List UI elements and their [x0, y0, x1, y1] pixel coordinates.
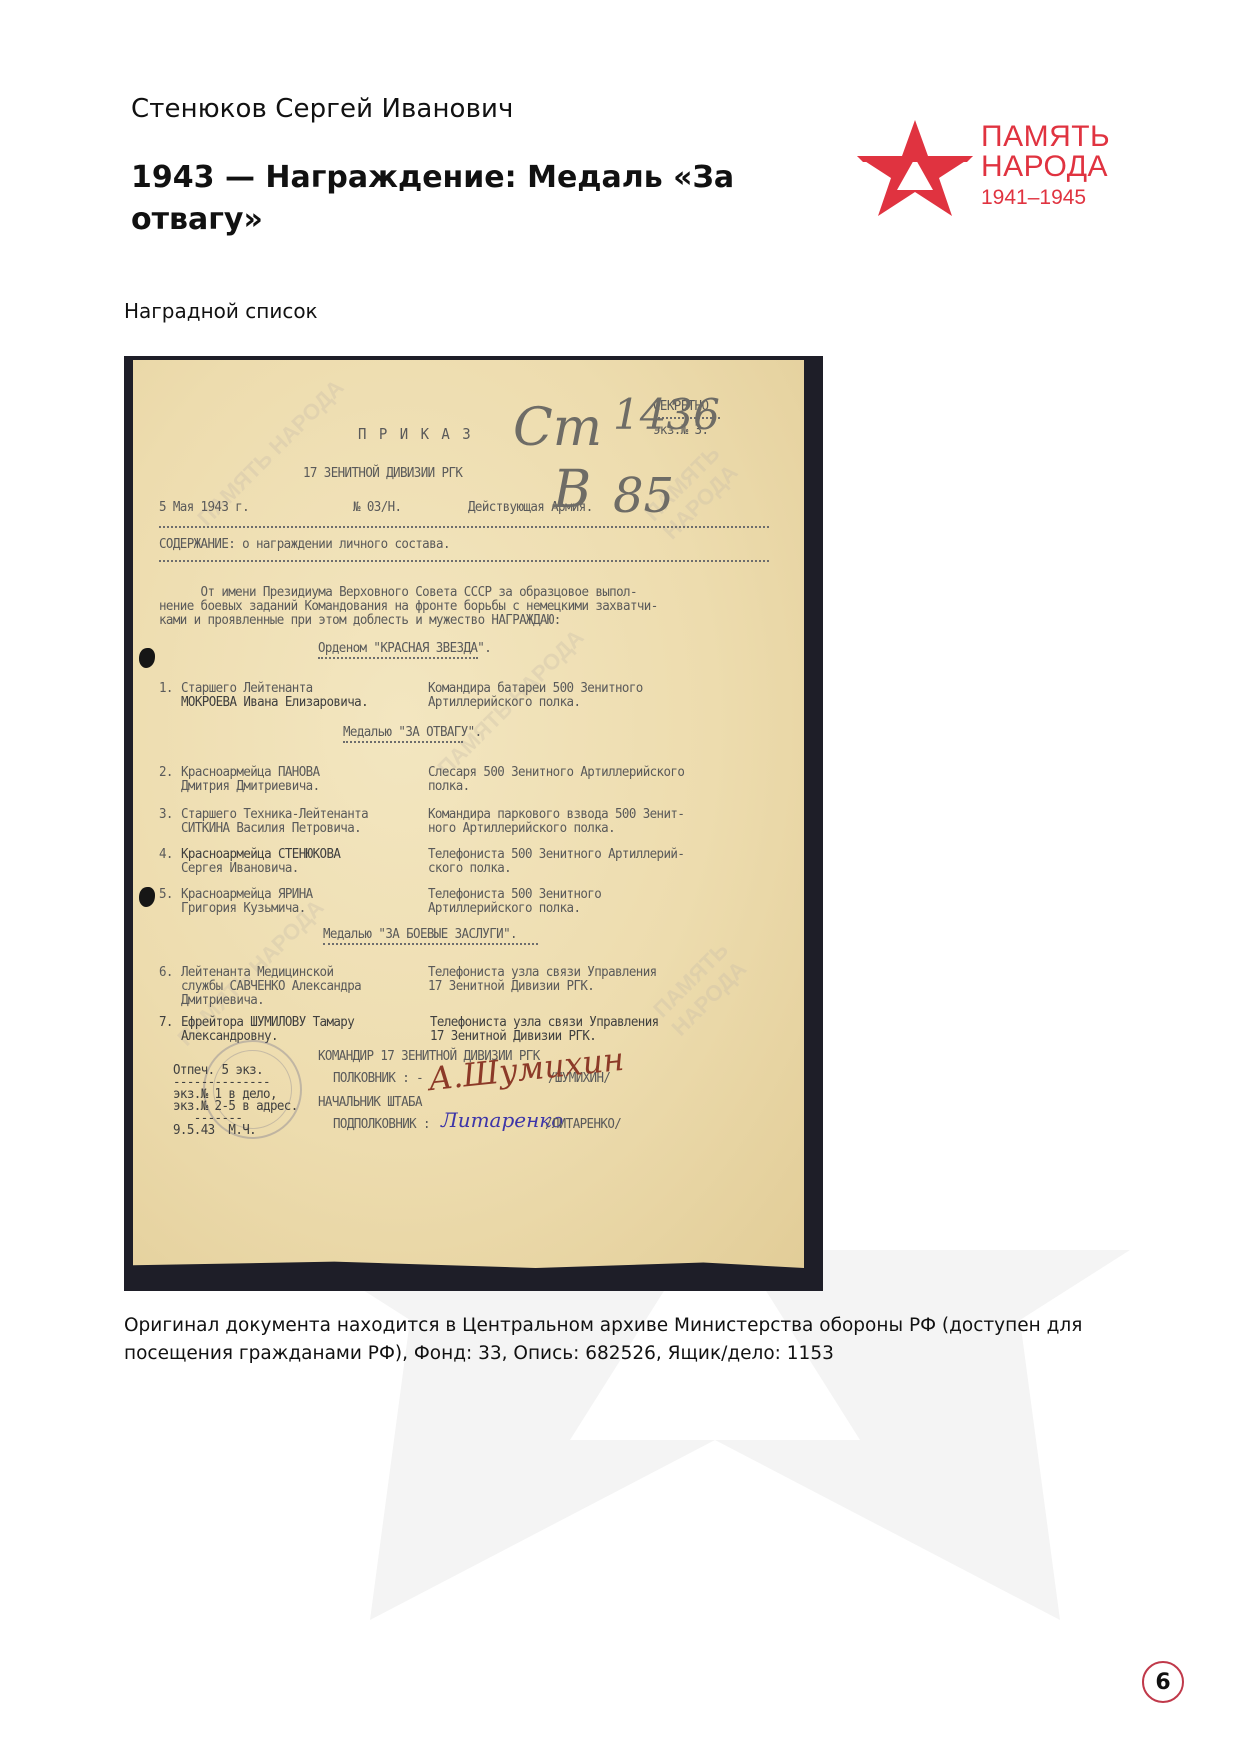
scan-entry-name: МОКРОЕВА Ивана Елизаровича. — [181, 694, 368, 710]
scan-entry-position: полка. — [428, 778, 470, 794]
punch-hole — [139, 648, 155, 668]
logo-text: ПАМЯТЬ НАРОДА 1941–1945 — [981, 122, 1110, 212]
scan-entry-name: Сергея Ивановича. — [181, 860, 299, 876]
scan-preamble-line: ками и проявленные при этом доблесть и м… — [159, 612, 561, 628]
scan-watermark: ПАМЯТЬ НАРОДА — [648, 891, 799, 1042]
handwritten-mark: 1436 — [613, 390, 720, 439]
scan-divider — [323, 943, 538, 945]
logo-line-1: ПАМЯТЬ — [981, 122, 1110, 152]
scan-entry-number: 6. — [159, 964, 173, 980]
chief-of-staff-title: НАЧАЛЬНИК ШТАБА — [318, 1094, 422, 1110]
scan-order-number: № 03/Н. — [353, 499, 401, 515]
handwritten-mark: 85 — [613, 468, 674, 524]
punch-hole — [139, 887, 155, 907]
scan-entry-number: 5. — [159, 886, 173, 902]
document-scan-image[interactable]: ПАМЯТЬ НАРОДА ПАМЯТЬ НАРОДА ПАМЯТЬ НАРОД… — [124, 356, 823, 1291]
logo-line-2: НАРОДА — [981, 152, 1110, 182]
scan-entry-position: 17 Зенитной Дивизии РГК. — [430, 1028, 596, 1044]
scan-entry-position: ного Артиллерийского полка. — [428, 820, 615, 836]
scan-divider — [318, 657, 478, 659]
scan-unit: 17 ЗЕНИТНОЙ ДИВИЗИИ РГК — [303, 465, 462, 481]
page-number: 6 — [1155, 1670, 1170, 1695]
scan-paper: ПАМЯТЬ НАРОДА ПАМЯТЬ НАРОДА ПАМЯТЬ НАРОД… — [133, 360, 804, 1268]
chief-of-staff-name: /ЛИТАРЕНКО/ — [545, 1116, 621, 1132]
scan-divider — [159, 526, 769, 528]
scan-award-heading: Медалью "ЗА БОЕВЫЕ ЗАСЛУГИ". — [323, 926, 517, 942]
scan-entry-name: Дмитрия Дмитриевича. — [181, 778, 320, 794]
scan-entry-number: 2. — [159, 764, 173, 780]
pamyat-naroda-logo: ПАМЯТЬ НАРОДА 1941–1945 — [855, 118, 1125, 218]
commander-rank: ПОЛКОВНИК : - — [333, 1070, 423, 1086]
scan-entry-number: 4. — [159, 846, 173, 862]
scan-entry-position: ского полка. — [428, 860, 511, 876]
scan-footer-line: 9.5.43 М.Ч. — [173, 1122, 256, 1138]
scan-entry-position: 17 Зенитной Дивизии РГК. — [428, 978, 594, 994]
page-number-badge: 6 — [1142, 1661, 1184, 1703]
document-type-label: Наградной список — [124, 299, 318, 323]
person-name: Стенюков Сергей Иванович — [131, 94, 513, 124]
scan-title: П Р И К А З — [358, 428, 473, 444]
red-star-icon — [855, 118, 975, 218]
scan-entry-number: 3. — [159, 806, 173, 822]
scan-divider — [159, 560, 769, 562]
scan-entry-position: Артиллерийского полка. — [428, 694, 580, 710]
scan-entry-number: 7. — [159, 1014, 173, 1030]
scan-award-heading: Орденом "КРАСНАЯ ЗВЕЗДА". — [318, 640, 491, 656]
handwritten-mark: Ст — [513, 398, 602, 458]
record-title: 1943 — Награждение: Медаль «За отвагу» — [131, 157, 791, 241]
scan-entry-position: Артиллерийского полка. — [428, 900, 580, 916]
archive-note: Оригинал документа находится в Центральн… — [124, 1312, 1124, 1368]
scan-date: 5 Мая 1943 г. — [159, 499, 249, 515]
scan-entry-name: Дмитриевича. — [181, 992, 264, 1008]
scan-entry-name: СИТКИНА Василия Петровича. — [181, 820, 361, 836]
logo-years: 1941–1945 — [981, 184, 1110, 212]
scan-award-heading: Медалью "ЗА ОТВАГУ". — [343, 724, 482, 740]
scan-entry-name: Григория Кузьмича. — [181, 900, 306, 916]
scan-content: СОДЕРЖАНИЕ: о награждении личного состав… — [159, 536, 450, 552]
chief-of-staff-rank: ПОДПОЛКОВНИК : — [333, 1116, 430, 1132]
scan-divider — [343, 741, 463, 743]
handwritten-mark: В — [553, 460, 591, 520]
scan-entry-number: 1. — [159, 680, 173, 696]
